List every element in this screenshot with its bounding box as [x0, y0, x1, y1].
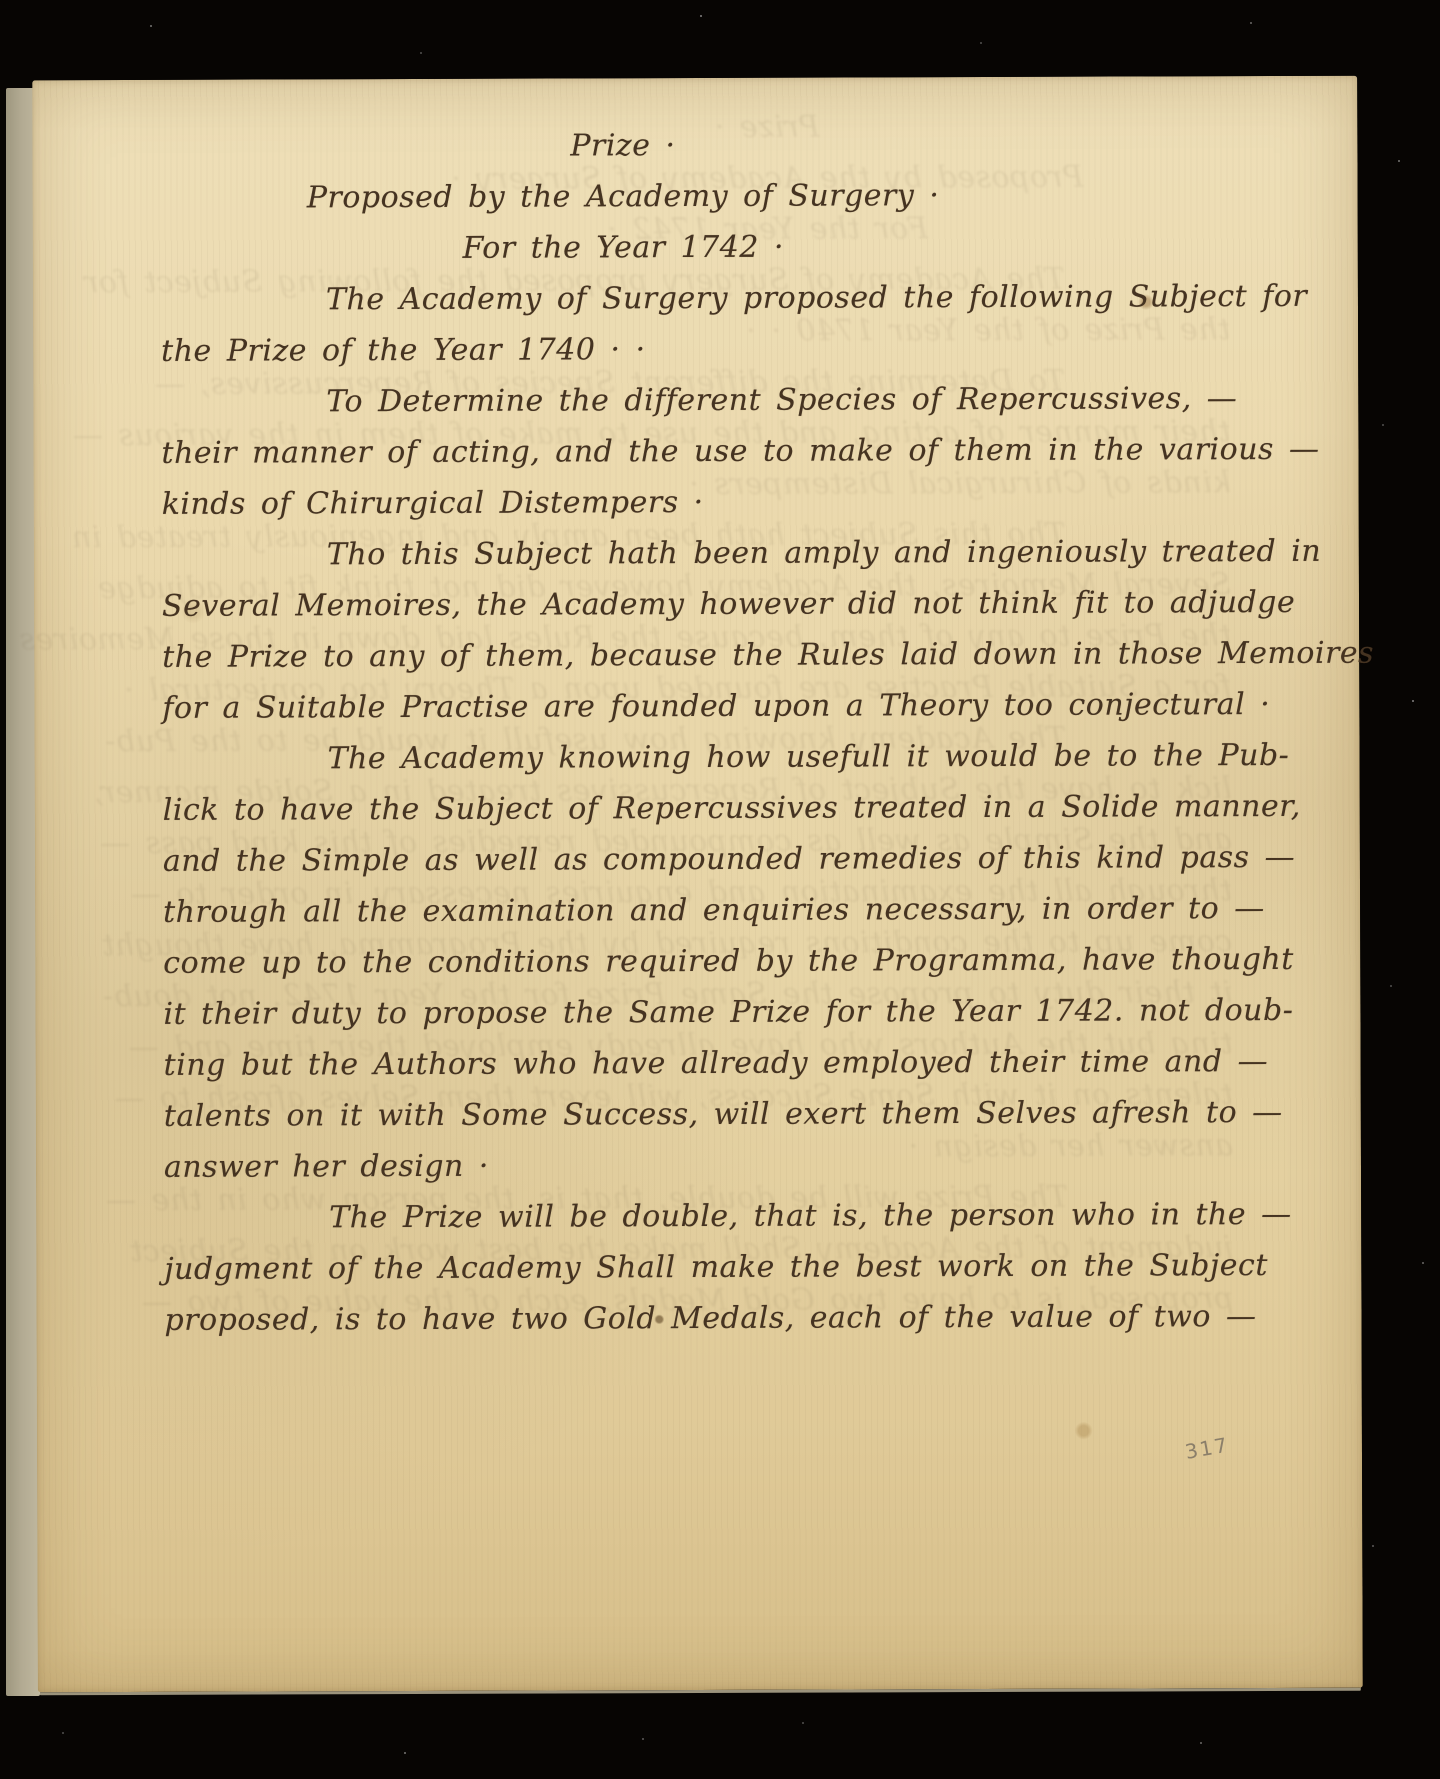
manuscript-line: judgment of the Academy Shall make the b…	[164, 1240, 1249, 1295]
manuscript-text: Prize ·Proposed by the Academy of Surger…	[160, 118, 1249, 1346]
manuscript-line: ting but the Authors who have allready e…	[164, 1036, 1249, 1091]
manuscript-line: the Prize of the Year 1740 · ·	[161, 322, 1246, 377]
photograph-background: Prize ·Proposed by the Academy of Surger…	[0, 0, 1440, 1779]
manuscript-line: The Academy of Surgery proposed the foll…	[161, 271, 1246, 326]
manuscript-line: the Prize to any of them, because the Ru…	[162, 628, 1247, 683]
manuscript-line: Several Memoires, the Academy however di…	[162, 577, 1247, 632]
manuscript-line: for a Suitable Practise are founded upon…	[162, 679, 1247, 734]
dust-specks	[0, 0, 2, 2]
manuscript-line: and the Simple as well as compounded rem…	[163, 832, 1248, 887]
manuscript-line: The Academy knowing how usefull it would…	[162, 730, 1247, 785]
manuscript-page: Prize ·Proposed by the Academy of Surger…	[32, 76, 1363, 1693]
manuscript-line: For the Year 1742 ·	[161, 220, 1246, 275]
manuscript-line: proposed, is to have two Gold Medals, ea…	[164, 1291, 1249, 1346]
manuscript-line: answer her design ·	[164, 1138, 1249, 1193]
manuscript-line: come up to the conditions required by th…	[163, 934, 1248, 989]
pencil-folio-number: 317	[1183, 1433, 1231, 1464]
manuscript-line: through all the examination and enquirie…	[163, 883, 1248, 938]
manuscript-line: their manner of acting, and the use to m…	[161, 424, 1246, 479]
manuscript-line: talents on it with Some Success, will ex…	[164, 1087, 1249, 1142]
manuscript-line: kinds of Chirurgical Distempers ·	[162, 475, 1247, 530]
manuscript-line: Tho this Subject hath been amply and ing…	[162, 526, 1247, 581]
manuscript-line: it their duty to propose the Same Prize …	[163, 985, 1248, 1040]
manuscript-line: lick to have the Subject of Repercussive…	[163, 781, 1248, 836]
manuscript-line: Prize ·	[160, 118, 1245, 173]
manuscript-line: Proposed by the Academy of Surgery ·	[161, 169, 1246, 224]
manuscript-line: The Prize will be double, that is, the p…	[164, 1189, 1249, 1244]
manuscript-line: To Determine the different Species of Re…	[161, 373, 1246, 428]
